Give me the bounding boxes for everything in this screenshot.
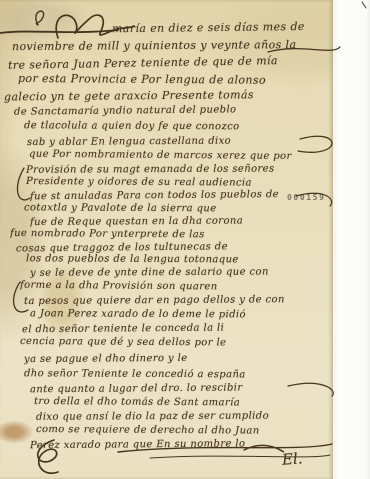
rubric-mark: El. xyxy=(281,449,303,468)
flourish-top-dash xyxy=(0,30,118,33)
manuscript-line: ta pesos que quiere dar en pago dellos y… xyxy=(24,293,322,308)
manuscript-line: de Sanctamaría yndio natural del pueblo xyxy=(14,102,328,118)
manuscript-line: y se le deve de ynte dine de salario que… xyxy=(30,265,326,280)
manuscript-paper: maría en diez e seis días mes de noviemb… xyxy=(0,0,333,479)
manuscript-line: que Por nombramiento de marcos xerez que… xyxy=(29,148,323,164)
manuscript-line: ante quanto a lugar del dro. lo rescibir xyxy=(30,381,328,397)
manuscript-line: a Joan Perez xarado de lo deme le pidió xyxy=(30,307,326,322)
flourish-top-squiggle xyxy=(36,11,44,25)
manuscript-line: cencia para que dé y sea dellos por le xyxy=(20,335,312,350)
manuscript-line: tro della el dho tomás de Sant amaría xyxy=(34,395,326,410)
manuscript-line: el dho señor teniente le conceda la li xyxy=(22,321,314,337)
manuscript-line: noviembre de mill y quinientos y veynte … xyxy=(12,38,330,53)
manuscript-scan: maría en diez e seis días mes de noviemb… xyxy=(0,0,370,479)
manuscript-line: por esta Provincia e Por lengua de alons… xyxy=(18,72,324,87)
manuscript-line: dixo que ansí le dio la paz de ser cumpl… xyxy=(36,409,324,424)
manuscript-line: sab y ablar En lengua castellana dixo xyxy=(27,134,323,149)
flourish-underline-2 xyxy=(150,455,330,458)
scanner-white-margin xyxy=(332,0,370,479)
manuscript-line: tre señora Juan Perez teniente de que de… xyxy=(8,53,328,72)
manuscript-line: como se requiere de derecho al dho Juan xyxy=(36,423,324,438)
manuscript-line: Perez xarado para que En su nombre lo xyxy=(30,437,320,453)
archive-stamp-number: 000159 xyxy=(287,193,326,202)
manuscript-line: ya se pague el dho dinero y le xyxy=(24,351,324,366)
manuscript-line: dho señor Teniente le concedió a españa xyxy=(24,367,324,382)
manuscript-line: galecio yn te gete araxcio Presente tomá… xyxy=(4,88,328,104)
manuscript-line: forme a la dha Provisión son quaren xyxy=(20,279,320,295)
manuscript-line: maría en diez e seis días mes de xyxy=(112,20,324,36)
manuscript-line: de tlacolula a quien doy fe que conozco xyxy=(24,119,326,134)
